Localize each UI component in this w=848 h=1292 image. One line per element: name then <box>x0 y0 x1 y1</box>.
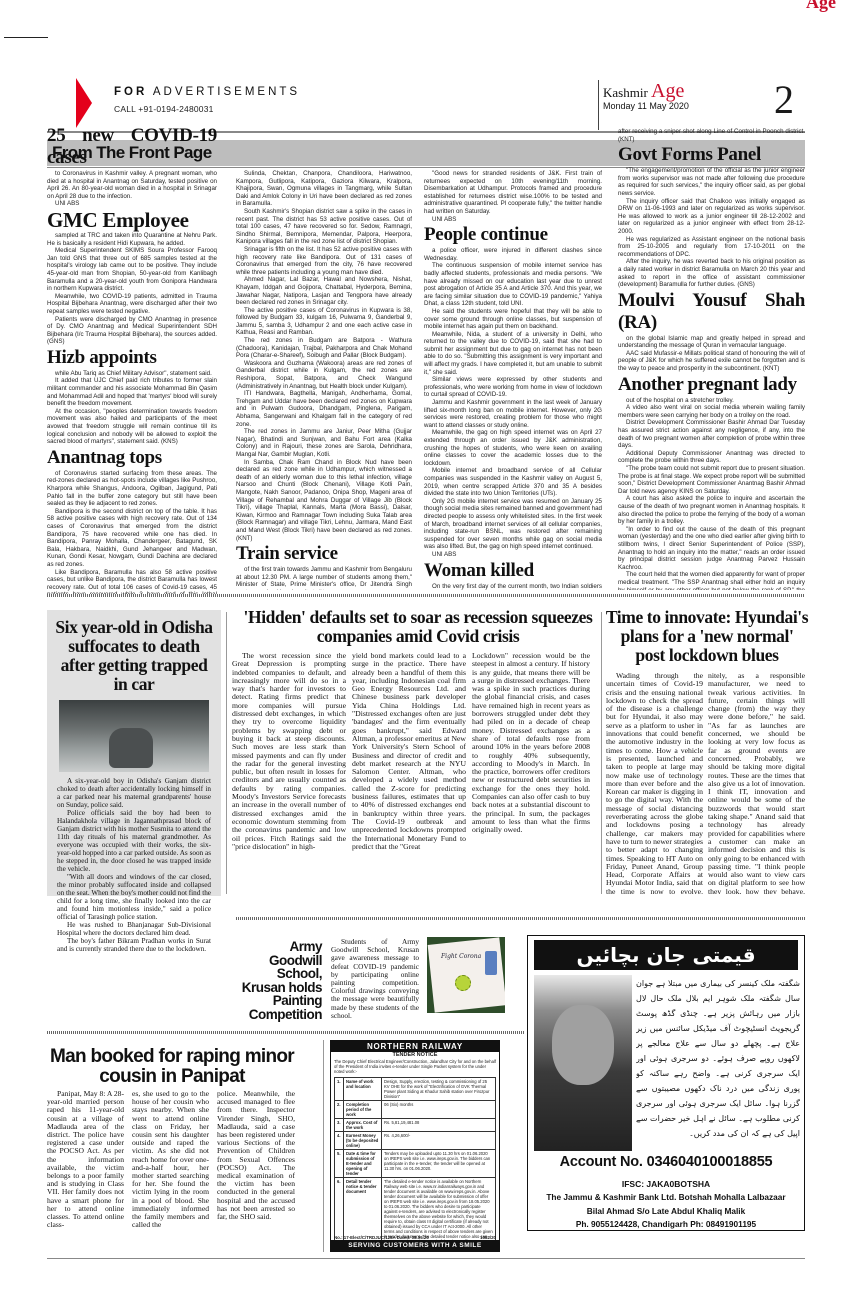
odisha-story-box: Six year-old in Odisha suffocates to dea… <box>47 610 221 896</box>
headline-hidden-defaults[interactable]: 'Hidden' defaults set to soar as recessi… <box>230 608 606 646</box>
advert-rest: ADVERTISEMENTS <box>147 86 300 98</box>
headline-hyundai[interactable]: Time to innovate: Hyundai's plans for a … <box>604 608 810 665</box>
table-row: 5.Date & time for submission of E-tender… <box>335 1149 496 1177</box>
paragraph: ITI Handwara, Bagthella, Manigah, Andher… <box>236 390 412 428</box>
dotted-separator <box>236 917 806 920</box>
table-row: 4.Earnest Money (to be deposited online)… <box>335 1131 496 1149</box>
virus-drawing-icon <box>455 975 471 991</box>
row-number: 3. <box>335 1118 344 1131</box>
headline-gmc-employee[interactable]: GMC Employee <box>47 209 217 231</box>
paragraph: District Development Commissioner Bashir… <box>618 419 805 449</box>
paragraph: Mobile internet and broadband service of… <box>424 467 602 497</box>
panipat-col-3: police. Meanwhile, the accused managed t… <box>217 1090 295 1255</box>
row-number: 5. <box>335 1149 344 1177</box>
paragraph: It added that UJC Chief paid rich tribut… <box>47 377 217 407</box>
page-number: 2 <box>774 78 794 122</box>
paragraph: He was regularized as Assistant engineer… <box>618 236 805 259</box>
headline-hizb-appoints[interactable]: Hizb appoints <box>47 347 217 369</box>
paragraph: while Abu Tariq as Chief Military Adviso… <box>47 370 217 378</box>
table-row: 1.Name of work and locationDesign, Suppl… <box>335 1077 496 1100</box>
front-col-2: Sulinda, Chektan, Chanpora, Chandiloora,… <box>236 170 412 590</box>
headline-train-service[interactable]: Train service <box>236 543 412 565</box>
defaults-col-1: The worst recession since the Great Depr… <box>232 652 346 892</box>
paragraph: "The engagement/promotion of the officia… <box>618 167 805 197</box>
paragraph: Panipat, May 8: A 28-year-old married pe… <box>47 1090 124 1229</box>
appeal-banner: قیمتی جان بچائیں <box>534 940 798 970</box>
paragraph: Srinagar is fifth on the list. It has 52… <box>236 246 412 276</box>
hyundai-col-2: nitely, as a responsible manufacturer, w… <box>708 672 805 894</box>
table-row: 3.Approx. Cost of the workRs. 5,81,19,48… <box>335 1118 496 1131</box>
row-value: Rs. 5,81,19,481.08 <box>382 1118 496 1131</box>
paragraph: Like Bandipora, Baramulla has also 58 ac… <box>47 569 217 594</box>
paragraph: Meanwhile, two COVID-19 patients, admitt… <box>47 293 217 316</box>
paragraph: After the inquiry, he was reverted back … <box>618 258 805 288</box>
corner-logo-fragment: Age <box>806 0 836 13</box>
paragraph: Similar views were expressed by other st… <box>424 376 602 399</box>
paragraph: AAC said Mufassir-e Millats political st… <box>618 350 805 373</box>
paragraph: to Coronavirus in Kashmir valley. A preg… <box>47 170 217 200</box>
headline-covid-cases[interactable]: 25 new COVID-19 cases <box>47 125 217 169</box>
tender-table: 1.Name of work and locationDesign, Suppl… <box>334 1077 496 1246</box>
red-arrow-icon <box>76 78 92 128</box>
headline-army-school[interactable]: Army Goodwill School, Krusan holds Paint… <box>238 940 322 1021</box>
dotted-separator <box>47 1031 524 1034</box>
defaults-col-3: Lockdown" recession would be the steepes… <box>472 652 590 892</box>
contact-phone: Ph. 9055124428, Chandigarh Ph: 084919011… <box>528 1219 804 1229</box>
railway-slogan: SERVING CUSTOMERS WITH A SMILE <box>331 1240 499 1251</box>
row-key: Name of work and location <box>344 1077 382 1100</box>
advertisements-label: FOR ADVERTISEMENTS <box>114 86 300 98</box>
patient-photo <box>534 975 632 1151</box>
headline-govt-forms-panel[interactable]: Govt Forms Panel <box>618 144 805 166</box>
paragraph: On the very first day of the current mon… <box>424 583 602 591</box>
ifsc-code: IFSC: JAKA0BOTSHA <box>528 1179 804 1189</box>
row-key: Earnest Money (to be deposited online) <box>344 1131 382 1149</box>
paragraph: "The probe team could not submit report … <box>618 465 805 495</box>
paragraph: Meanwhile, Nida, a student of a universi… <box>424 331 602 377</box>
paragraph: A court has also asked the police to inq… <box>618 495 805 525</box>
sanitizer-drawing-icon <box>485 951 497 975</box>
advert-strong: FOR <box>114 86 147 98</box>
paragraph: Ahmed Nagar, Lal Bazar, Hawal and Nowshe… <box>236 276 412 306</box>
paragraph: Waskoora and Guzhama (Wakoora) areas are… <box>236 360 412 390</box>
source-credit: UNI ABS <box>424 216 602 224</box>
column-divider <box>601 612 602 894</box>
issue-date: Monday 11 May 2020 <box>603 101 689 111</box>
face-image-icon <box>552 1005 614 1085</box>
row-value: 06 (Six) months <box>382 1100 496 1118</box>
row-key: Approx. Cost of the work <box>344 1118 382 1131</box>
headline-panipat[interactable]: Man booked for raping minor cousin in Pa… <box>47 1047 297 1087</box>
footer-rule <box>47 1258 805 1259</box>
paragraph: out of the hospital on a stretcher troll… <box>618 397 805 405</box>
panipat-col-1: Panipat, May 8: A 28-year-old married pe… <box>47 1090 124 1255</box>
story-photo <box>59 700 209 772</box>
paragraph: The active positive cases of Coronavirus… <box>236 307 412 337</box>
paragraph: The worst recession since the Great Depr… <box>232 652 346 851</box>
row-number: 1. <box>335 1077 344 1100</box>
railway-tender-ad: NORTHERN RAILWAY TENDER NOTICE The Deput… <box>330 1040 500 1252</box>
odisha-body: A six-year-old boy in Odisha's Ganjam di… <box>47 772 221 953</box>
paragraph: of the first train towards Jammu and Kas… <box>236 566 412 590</box>
paragraph: Students of Army Goodwill School, Krusan… <box>331 938 419 1020</box>
painting-photo: Fight Corona <box>427 937 505 1013</box>
hyundai-col-1: Wading through the uncertain times of Co… <box>606 672 703 894</box>
paragraph: nitely, as a responsible manufacturer, w… <box>708 672 805 894</box>
paragraph: The inquiry officer said that Chalkoo wa… <box>618 198 805 236</box>
paragraph: The court held that the women died appar… <box>618 571 805 590</box>
front-col-1: 25 new COVID-19 cases to Coronavirus in … <box>47 124 217 594</box>
paper-name: Kashmir Age <box>603 80 689 103</box>
appeal-text: شگفتہ ملک کینسر کی بیماری میں مبتلا ہے ج… <box>636 976 800 1152</box>
paragraph: yield bond markets could lead to a surge… <box>352 652 466 851</box>
row-number: 2. <box>335 1100 344 1118</box>
hand-image-icon <box>109 728 153 768</box>
paragraph: Medical Superintendent SKIMS Soura Profe… <box>47 247 217 293</box>
paragraph: The red zones in Budgam are Batpora - Wa… <box>236 337 412 360</box>
paragraph: sampled at TRC and taken into Quarantine… <box>47 232 217 247</box>
column-divider <box>226 612 227 894</box>
paragraph: In Samba, Chak Ram Chand in Block Nud ha… <box>236 459 412 543</box>
railway-title: NORTHERN RAILWAY <box>331 1041 499 1052</box>
account-number: Account No. 0346040100018855 <box>528 1154 804 1170</box>
top-rule <box>4 37 48 38</box>
paragraph: The continuous suspension of mobile inte… <box>424 262 602 308</box>
paragraph: At the occasion, "peoples determination … <box>47 408 217 446</box>
paragraph: Additional Deputy Commissioner Anantnag … <box>618 450 805 465</box>
paragraph: A six-year-old boy in Odisha's Ganjam di… <box>57 777 211 809</box>
paragraph: Police officials said the boy had been t… <box>57 809 211 873</box>
row-value: Tenders may be uploaded upto 11.30 hrs o… <box>382 1149 496 1177</box>
table-row: 2.Completion period of the work06 (Six) … <box>335 1100 496 1118</box>
paragraph: Sulinda, Chektan, Chanpora, Chandiloora,… <box>236 170 412 208</box>
row-value: Rs. 4,26,600/- <box>382 1131 496 1149</box>
front-col-3: "Good news for stranded residents of J&K… <box>424 170 602 590</box>
paper-name-kashmir: Kashmir <box>603 85 648 100</box>
source-credit: UNI ABS <box>47 200 217 208</box>
paragraph: after receiving a sniper shot along Line… <box>618 128 805 143</box>
headline-anantnag-tops[interactable]: Anantnag tops <box>47 447 217 469</box>
army-body: Students of Army Goodwill School, Krusan… <box>331 938 419 1028</box>
medical-appeal-ad: قیمتی جان بچائیں شگفتہ ملک کینسر کی بیما… <box>527 935 805 1231</box>
tender-intro: The Deputy Chief Electrical Engineer/Con… <box>331 1059 499 1075</box>
paragraph: Lockdown" recession would be the steepes… <box>472 652 590 835</box>
column-divider <box>323 1040 324 1252</box>
paragraph: He said the students were hopeful that t… <box>424 308 602 331</box>
paragraph: "In order to find out the cause of the d… <box>618 526 805 572</box>
paragraph: Patients were discharged by CMO Anantnag… <box>47 316 217 346</box>
masthead-logo: Kashmir Age Monday 11 May 2020 <box>598 80 689 130</box>
paragraph: The red zones in Jammu are Janiur, Peer … <box>236 428 412 458</box>
paragraph: "Good news for stranded residents of J&K… <box>424 170 602 216</box>
paragraph: a police officer, were injured in differ… <box>424 247 602 262</box>
headline-moulvi-yousuf-shah[interactable]: Moulvi Yousuf Shah (RA) <box>618 290 805 334</box>
headline-odisha[interactable]: Six year-old in Odisha suffocates to dea… <box>47 618 221 694</box>
paragraph: Meanwhile, the gag on high speed interne… <box>424 429 602 467</box>
defaults-col-2: yield bond markets could lead to a surge… <box>352 652 466 892</box>
paragraph: police. Meanwhile, the accused managed t… <box>217 1090 295 1221</box>
row-value: Design, Supply, erection, testing & comm… <box>382 1077 496 1100</box>
row-number: 4. <box>335 1131 344 1149</box>
paragraph: South Kashmir's Shopian district saw a s… <box>236 208 412 246</box>
headline-people-continue[interactable]: People continue <box>424 224 602 246</box>
dotted-separator <box>47 594 805 597</box>
paragraph: Only 2G mobile internet service was resu… <box>424 498 602 551</box>
source-credit: UNI ABS <box>424 551 602 559</box>
bank-name: The Jammu & Kashmir Bank Ltd. Botshah Mo… <box>528 1192 804 1202</box>
headline-woman-killed[interactable]: Woman killed <box>424 560 602 582</box>
tender-notice-title: TENDER NOTICE <box>331 1052 499 1059</box>
paragraph: "With all doors and windows of the car c… <box>57 873 211 921</box>
paragraph: on the global Islamic map and greatly he… <box>618 335 805 350</box>
row-key: Completion period of the work <box>344 1100 382 1118</box>
paragraph: es, she used to go to the house of her c… <box>132 1090 209 1229</box>
paragraph: of Coronavirus started surfacing from th… <box>47 470 217 508</box>
panipat-col-2: es, she used to go to the house of her c… <box>132 1090 209 1255</box>
paragraph: He was rushed to Bhanjanagar Sub-Divisio… <box>57 921 211 937</box>
paragraph: Jammu and Kashmir government in the last… <box>424 399 602 429</box>
paragraph: Bandipora is the second district on top … <box>47 508 217 569</box>
drawing-caption: Fight Corona <box>441 953 481 960</box>
paragraph: The boy's father Bikram Pradhan works in… <box>57 937 211 953</box>
row-key: Date & time for submission of E-tender a… <box>344 1149 382 1177</box>
paragraph: Wading through the uncertain times of Co… <box>606 672 703 894</box>
paper-name-age: Age <box>651 80 684 102</box>
headline-another-pregnant-lady[interactable]: Another pregnant lady <box>618 374 805 396</box>
paragraph: A video also went viral on social media … <box>618 404 805 419</box>
front-col-4: after receiving a sniper shot along Line… <box>618 128 805 590</box>
account-holder: Bilal Ahmad S/o Late Abdul Khaliq Malik <box>528 1206 804 1216</box>
advertisement-phone: CALL +91-0194-2480031 <box>114 104 214 114</box>
